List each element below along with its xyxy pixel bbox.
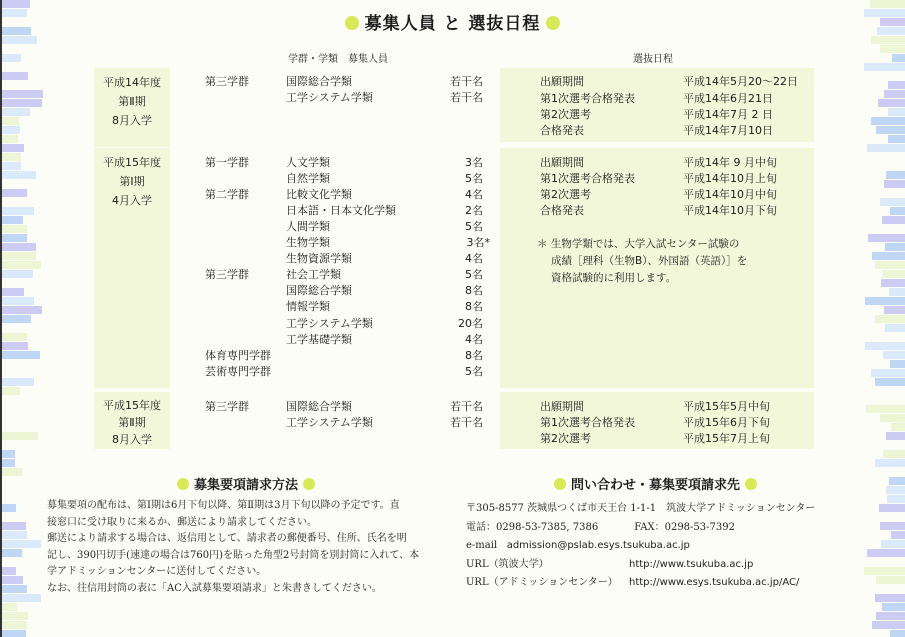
decorative-bar [867,144,905,152]
dept-name: 国際総合学類 [286,283,352,299]
decorative-bar [2,567,16,575]
decorative-bar [2,306,42,314]
request-instructions: 募集要項の配布は、第Ⅰ期は6月下旬以降、第Ⅱ期は3月下旬以降の予定です。直 接窓… [47,498,419,598]
bullet-dot-icon [554,478,566,490]
decorative-bar [2,216,23,224]
decorative-bar [870,0,905,8]
decorative-bar [2,36,37,44]
decorative-bar [2,171,36,179]
decorative-bar [2,531,27,539]
quota: 8名 [440,299,483,315]
schedule-label: 出願期間 [540,74,584,90]
schedule-label: 第1次選考合格発表 [540,171,635,187]
page-title-text: 募集人員 と 選抜日程 [365,14,541,34]
decorative-bar [888,81,905,89]
decorative-bar [891,423,905,431]
decorative-bar [880,45,905,53]
quota: 若干名 [440,74,483,90]
quota: 8名 [440,283,483,299]
decorative-bar [875,315,905,323]
decorative-bar [2,504,16,512]
decorative-bar [875,378,905,386]
paragraph-line: 郵送により請求する場合は、返信用として、請求者の郵便番号、住所、氏名を明 [47,531,419,548]
decorative-bar [2,342,28,350]
decorative-bar [886,171,905,179]
decorative-bar [2,54,21,62]
decorative-bar [2,621,27,629]
decorative-bar [871,117,905,125]
decorative-bar [2,612,28,620]
quota: 20名 [440,316,483,332]
decorative-bar [2,288,24,296]
decorative-bar [880,198,905,206]
decorative-bar [884,180,905,188]
phone-number: 電話：0298-53-7385, 7386 [466,522,598,533]
page-title: 募集人員 と 選抜日程 [0,9,905,34]
decorative-bar [864,63,905,71]
quota: 4名 [440,251,483,267]
term-enroll: 4月入学 [94,191,170,210]
decorative-bar [876,126,905,134]
decorative-bar [2,450,15,458]
bullet-dot-icon [345,16,359,30]
decorative-bar [875,594,905,602]
schedule-label: 合格発表 [540,123,584,139]
request-title-text: 募集要項請求方法 [194,478,298,493]
paragraph-line: 募集要項の配布は、第Ⅰ期は6月下旬以降、第Ⅱ期は3月下旬以降の予定です。直 [47,498,419,515]
fax-number: FAX：0298-53-7392 [634,522,735,533]
decorative-bar [888,108,905,116]
schedule-date: 平成15年5月中旬 [683,399,770,415]
dept-name: 社会工学類 [286,267,341,283]
group-name: 第三学群 [205,399,249,415]
schedule-date: 平成14年10月下旬 [683,203,777,219]
decorative-bar [890,630,905,637]
decorative-bar [2,603,17,611]
decorative-bar [875,261,905,269]
group-name: 体育専門学群 [205,348,271,364]
decorative-bar [2,144,24,152]
decorative-bar [872,252,905,260]
decorative-bar [868,234,905,242]
decorative-bar [2,270,33,278]
bullet-dot-icon [177,478,189,490]
decorative-bar [865,342,905,350]
decorative-bar [890,207,905,215]
decorative-bar [2,108,30,116]
decorative-bar [2,153,21,161]
paragraph-line: 接窓口に受け取りに来るか、郵送により請求してください。 [47,515,419,532]
term-cell: 平成15年度 第Ⅱ期 8月入学 [94,392,170,448]
quota: 5名 [440,171,483,187]
footnote-line: 成績［理科（生物B）、外国語（英語）］を [537,253,747,270]
schedule-label: 第2次選考 [540,107,591,123]
group-name: 第三学群 [205,267,249,283]
quota: 2名 [440,203,483,219]
url-label: URL（筑波大学） [466,556,629,575]
group-name: 芸術専門学群 [205,364,271,380]
quota: 3名 [440,155,483,171]
term-year: 平成14年度 [94,73,170,92]
decorative-bar [2,459,15,467]
decorative-bar [2,243,36,251]
schedule-date: 平成14年7月10日 [683,123,773,139]
decorative-bar [879,504,905,512]
column-header-schedule: 選抜日程 [633,50,673,65]
decorative-bar [2,585,27,593]
decorative-bar [890,360,905,368]
dept-name: 国際総合学類 [286,399,352,415]
decorative-bar [2,117,19,125]
decorative-bar [2,207,34,215]
footnote-line: ＊ 生物学類では、大学入試センター試験の [537,236,747,253]
right-decorative-border [861,0,905,637]
decorative-bar [872,621,905,629]
dept-name: 比較文化学類 [286,187,352,203]
dept-name: 工学システム学類 [286,415,373,431]
quota: 若干名 [440,415,483,431]
decorative-bar [884,306,905,314]
decorative-bar [884,90,905,98]
decorative-bar [878,99,905,107]
dept-name: 生物学類 [286,235,330,251]
quota: 5名 [440,267,483,283]
term-enroll: 8月入学 [94,111,170,130]
decorative-bar [2,594,41,602]
email-line: e-mail admission@pslab.esys.tsukuba.ac.j… [466,537,815,556]
biology-footnote: ＊ 生物学類では、大学入試センター試験の 成績［理科（生物B）、外国語（英語）］… [537,236,747,287]
schedule-label: 第2次選考 [540,187,591,203]
dept-name: 工学システム学類 [286,316,373,332]
phone-fax-line: 電話：0298-53-7385, 7386FAX：0298-53-7392 [466,519,815,538]
schedule-label: 出願期間 [540,399,584,415]
decorative-bar [889,288,905,296]
decorative-bar [891,531,905,539]
decorative-bar [892,54,905,62]
decorative-bar [2,72,28,80]
decorative-bar [2,540,41,548]
schedule-date: 平成15年6月下旬 [683,415,770,431]
term-cell: 平成15年度 第Ⅰ期 4月入学 [94,148,170,210]
schedule-date: 平成14年10月上旬 [683,171,777,187]
schedule-label: 合格発表 [540,203,584,219]
schedule-label: 第1次選考合格発表 [540,91,635,107]
decorative-bar [2,432,38,440]
decorative-bar [2,297,34,305]
term-period: 第Ⅱ期 [94,92,170,111]
group-name: 第三学群 [205,74,249,90]
paragraph-line: 記し、390円切手(速達の場合は760円)を貼った角型2号封筒を別封筒に入れて、… [47,548,419,565]
decorative-bar [2,468,22,476]
url-label: URL（アドミッションセンター） [466,574,629,593]
decorative-bar [2,630,26,637]
decorative-bar [867,549,905,557]
decorative-bar [2,234,27,242]
decorative-bar [882,216,905,224]
schedule-date: 平成15年7月上旬 [683,431,770,447]
decorative-bar [886,486,905,494]
dept-name: 人文学類 [286,155,330,171]
decorative-bar [880,522,905,530]
contact-section-title: 問い合わせ・募集要項請求先 [549,474,762,493]
quota: 8名 [440,348,483,364]
decorative-bar [882,603,905,611]
quota: 若干名 [440,399,483,415]
decorative-bar [866,405,905,413]
decorative-bar [876,576,905,584]
request-section-title: 募集要項請求方法 [172,474,320,493]
bullet-dot-icon [303,478,315,490]
quota: 5名 [440,219,483,235]
contact-info: 〒305-8577 茨城県つくば市天王台 1-1-1 筑波大学アドミッションセン… [466,500,815,593]
paragraph-line: 学アドミッションセンターに送付してください。 [47,564,419,581]
dept-name: 人間学類 [286,219,330,235]
url-link-university[interactable]: http://www.tsukuba.ac.jp [629,559,753,570]
decorative-bar [2,99,42,107]
decorative-bar [2,522,26,530]
left-decorative-border [0,0,46,637]
bullet-dot-icon [546,16,560,30]
dept-name: 情報学類 [286,299,330,315]
term-year: 平成15年度 [94,153,170,172]
decorative-bar [885,243,905,251]
decorative-bar [865,297,905,305]
quota: 4名 [440,187,483,203]
decorative-bar [889,477,905,485]
quota: 3名* [440,235,490,251]
decorative-bar [881,279,905,287]
decorative-bar [2,189,27,197]
url-line: URL（アドミッションセンター）http://www.esys.tsukuba.… [466,574,815,593]
dept-name: 日本語・日本文化学類 [286,203,396,219]
schedule-label: 第1次選考合格発表 [540,415,635,431]
column-header-recruitment: 学群・学類 募集人員 [288,50,388,65]
schedule-date: 平成14年10月中旬 [683,187,777,203]
group-name: 第一学群 [205,155,249,171]
decorative-bar [2,162,21,170]
dept-name: 自然学類 [286,171,330,187]
decorative-bar [885,324,905,332]
decorative-bar [2,549,22,557]
term-year: 平成15年度 [94,397,170,414]
quota: 4名 [440,332,483,348]
decorative-bar [882,270,905,278]
quota: 若干名 [440,90,483,106]
decorative-bar [875,459,905,467]
decorative-bar [2,261,41,269]
decorative-bar [883,450,905,458]
term-period: 第Ⅰ期 [94,172,170,191]
decorative-bar [886,432,905,440]
decorative-bar [883,351,905,359]
decorative-bar [888,135,905,143]
decorative-bar [876,612,905,620]
decorative-bar [2,0,30,8]
schedule-date: 平成14年 9 月中旬 [683,155,777,171]
url-link-admission-center[interactable]: http://www.esys.tsukuba.ac.jp/AC/ [629,577,799,588]
decorative-bar [2,351,40,359]
decorative-bar [2,315,31,323]
decorative-bar [887,495,905,503]
quota: 5名 [440,364,483,380]
term-enroll: 8月入学 [94,431,170,448]
schedule-date: 平成14年7月 2 日 [683,107,773,123]
decorative-bar [2,126,20,134]
decorative-bar [2,378,34,386]
schedule-date: 平成14年6月21日 [683,91,773,107]
decorative-bar [871,369,905,377]
footnote-line: 資格試験的に利用します。 [537,270,747,287]
decorative-bar [2,576,23,584]
contact-title-text: 問い合わせ・募集要項請求先 [571,478,740,493]
decorative-bar [880,414,905,422]
group-name: 第二学群 [205,187,249,203]
email-label: e-mail [466,540,497,551]
term-cell: 平成14年度 第Ⅱ期 8月入学 [94,68,170,147]
url-line: URL（筑波大学）http://www.tsukuba.ac.jp [466,556,815,575]
decorative-bar [2,135,18,143]
term-period: 第Ⅱ期 [94,414,170,431]
bullet-dot-icon [745,478,757,490]
dept-name: 生物資源学類 [286,251,352,267]
decorative-bar [871,36,905,44]
decorative-bar [2,333,27,341]
schedule-date: 平成14年5月20〜22日 [683,74,798,90]
decorative-bar [2,225,27,233]
schedule-label: 出願期間 [540,155,584,171]
schedule-label: 第2次選考 [540,431,591,447]
decorative-bar [881,540,905,548]
dept-name: 工学システム学類 [286,90,373,106]
decorative-bar [2,90,43,98]
postal-address: 〒305-8577 茨城県つくば市天王台 1-1-1 筑波大学アドミッションセン… [466,500,815,519]
decorative-bar [864,567,905,575]
dept-name: 工学基礎学類 [286,332,352,348]
email-link[interactable]: admission@pslab.esys.tsukuba.ac.jp [507,540,690,551]
decorative-bar [2,252,36,260]
dept-name: 国際総合学類 [286,74,352,90]
paragraph-line: なお、往信用封筒の表に「AC入試募集要項請求」と朱書きしてください。 [47,581,419,598]
decorative-bar [2,387,20,395]
